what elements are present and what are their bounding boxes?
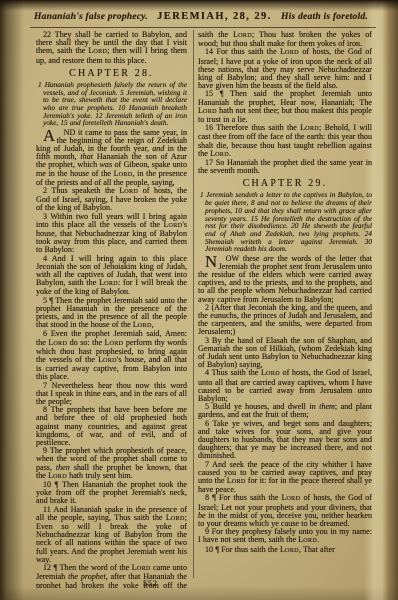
chapter-heading: CHAPTER 29.: [198, 178, 372, 189]
bible-page: Hananiah's false prophecy. JEREMIAH, 28,…: [0, 0, 398, 600]
column-right: saith the LORD; Thou hast broken the yok…: [198, 31, 372, 588]
verse-paragraph: 6 Even the prophet Jeremiah said, Amen: …: [36, 330, 187, 381]
verse-paragraph: 11 And Hananiah spake in the presence of…: [36, 506, 187, 564]
verse-paragraph: 15 ¶ Then said the prophet Jeremiah unto…: [198, 90, 372, 124]
verse-paragraph: AND it came to pass the same year, in th…: [36, 129, 187, 187]
verse-paragraph: 8 ¶ For thus saith the LORD of hosts, th…: [198, 494, 372, 528]
verse-paragraph: 3 By the hand of Elasah the son of Shaph…: [198, 337, 372, 370]
running-head-right-note: His death is foretold.: [281, 11, 368, 22]
chapter-summary: 1 Jeremiah sendeth a letter to the capti…: [198, 191, 372, 253]
verse-paragraph: NOW these are the words of the letter th…: [198, 255, 372, 304]
verse-paragraph: 16 Therefore thus saith the LORD; Behold…: [198, 124, 372, 159]
page-number: 552: [143, 578, 157, 588]
verse-paragraph: 5 ¶ Then the prophet Jeremiah said unto …: [36, 297, 187, 331]
verse-paragraph: 9 For they prophesy falsely unto you in …: [198, 528, 372, 545]
verse-paragraph: 14 For thus saith the LORD of hosts, the…: [198, 48, 372, 90]
verse-paragraph: 10 ¶ Then Hananiah the prophet took the …: [36, 481, 187, 506]
verse-paragraph: saith the LORD; Thou hast broken the yok…: [198, 31, 372, 48]
verse-paragraph: 4 Thus saith the LORD of hosts, the God …: [198, 369, 372, 403]
verse-paragraph: 17 So Hananiah the prophet died the same…: [198, 159, 372, 175]
verse-paragraph: 7 And seek the peace of the city whither…: [198, 461, 372, 495]
column-left: 22 They shall be carried to Babylon, and…: [36, 31, 187, 588]
verse-paragraph: 2 (After that Jeconiah the king, and the…: [198, 304, 372, 337]
drop-cap: N: [198, 255, 219, 270]
drop-cap: A: [36, 129, 57, 144]
chapter-heading: CHAPTER 28.: [36, 68, 187, 79]
page-title: JEREMIAH, 28, 29.: [157, 11, 272, 22]
verse-paragraph: 3 Within two full years will I bring aga…: [36, 213, 187, 255]
verse-paragraph: 2 Thus speaketh the LORD of hosts, the G…: [36, 187, 187, 213]
running-head-left-note: Hananiah's false prophecy.: [34, 11, 148, 22]
verse-paragraph: 6 Take ye wives, and beget sons and daug…: [198, 420, 372, 461]
running-head: Hananiah's false prophecy. JEREMIAH, 28,…: [34, 11, 368, 22]
verse-paragraph: 10 ¶ For thus saith the LORD, That after: [198, 546, 372, 555]
chapter-summary: 1 Hananiah prophesieth falsely the retur…: [36, 81, 187, 127]
verse-paragraph: 8 The prophets that have been before me …: [36, 406, 187, 447]
verse-paragraph: 4 And I will bring again to this place J…: [36, 255, 187, 297]
verse-paragraph: 12 ¶ Then the word of the LORD came unto…: [36, 564, 187, 588]
verse-paragraph: 22 They shall be carried to Babylon, and…: [36, 31, 187, 65]
verse-paragraph: 7 Nevertheless hear thou now this word t…: [36, 382, 187, 407]
verse-paragraph: 5 Build ye houses, and dwell in them; an…: [198, 403, 372, 419]
header-rule: [30, 27, 376, 28]
text-block: 22 They shall be carried to Babylon, and…: [36, 31, 372, 588]
verse-paragraph: 9 The prophet which prophesieth of peace…: [36, 447, 187, 481]
